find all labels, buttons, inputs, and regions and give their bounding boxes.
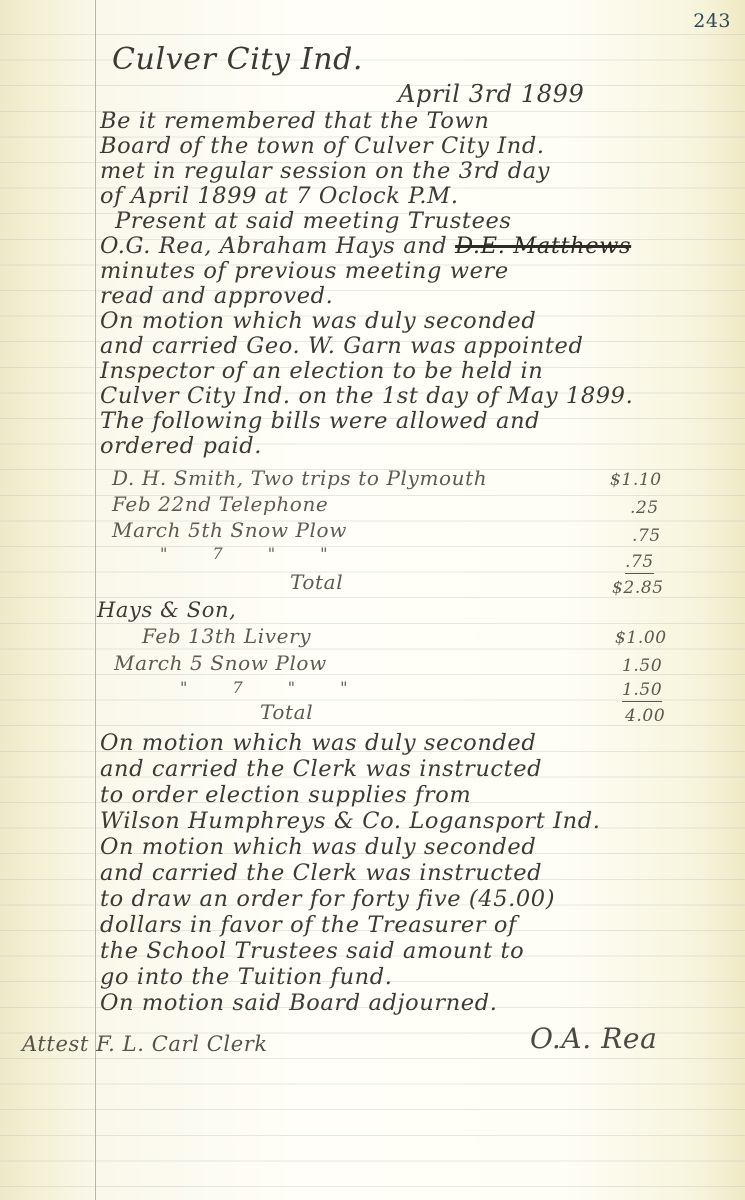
bill-total-label: Total	[260, 700, 313, 724]
text-line: Inspector of an election to be held in	[100, 358, 543, 384]
text-line: to order election supplies from	[100, 782, 471, 808]
text-line: On motion which was duly seconded	[100, 834, 536, 860]
text-line: dollars in favor of the Treasurer of	[100, 912, 517, 938]
bill-item: D. H. Smith, Two trips to Plymouth	[112, 466, 487, 490]
text-line: Board of the town of Culver City Ind.	[100, 133, 545, 159]
bill-total: 4.00	[625, 706, 665, 726]
text-line: read and approved.	[100, 283, 333, 309]
text-line: The following bills were allowed and	[100, 408, 540, 434]
text-line: On motion said Board adjourned.	[100, 990, 497, 1016]
bill-amount: 1.50	[622, 680, 662, 702]
bill-amount: .75	[625, 552, 654, 574]
text-line: Present at said meeting Trustees	[115, 208, 512, 234]
bill-item: Feb 13th Livery	[142, 624, 311, 648]
text-line-present: O.G. Rea, Abraham Hays and D.E. Matthews	[100, 233, 631, 259]
heading-town: Culver City Ind.	[112, 42, 363, 77]
bill-amount: .25	[630, 498, 659, 518]
bill-total-label: Total	[290, 570, 343, 594]
text-line: go into the Tuition fund.	[100, 964, 393, 990]
text-line: On motion which was duly seconded	[100, 730, 536, 756]
page-number: 243	[693, 10, 731, 32]
text-line: and carried Geo. W. Garn was appointed	[100, 333, 583, 359]
text-line: Wilson Humphreys & Co. Logansport Ind.	[100, 808, 601, 834]
bill-amount: $1.10	[610, 470, 662, 490]
ledger-page: 243 Culver City Ind. April 3rd 1899 Be i…	[0, 0, 745, 1200]
attest-clerk: Attest F. L. Carl Clerk	[22, 1032, 268, 1056]
text-line: Be it remembered that the Town	[100, 108, 490, 134]
bill-item: March 5th Snow Plow	[112, 518, 347, 542]
text-line: Culver City Ind. on the 1st day of May 1…	[100, 383, 633, 409]
text-line: met in regular session on the 3rd day	[100, 158, 550, 184]
text-line: and carried the Clerk was instructed	[100, 756, 542, 782]
struck-out-name: D.E. Matthews	[455, 233, 631, 259]
text-line: of April 1899 at 7 Oclock P.M.	[100, 183, 459, 209]
text-line: On motion which was duly seconded	[100, 308, 536, 334]
present-names: O.G. Rea, Abraham Hays and	[100, 233, 447, 259]
text-line: to draw an order for forty five (45.00)	[100, 886, 555, 912]
meeting-date: April 3rd 1899	[398, 80, 584, 108]
bill-amount: 1.50	[622, 656, 662, 676]
bill-amount: .75	[632, 526, 661, 546]
bill-amount: $1.00	[615, 628, 667, 648]
bill-item-ditto: " 7 " "	[180, 678, 368, 697]
bill-item-ditto: " 7 " "	[160, 544, 348, 563]
text-line: the School Trustees said amount to	[100, 938, 524, 964]
text-line: and carried the Clerk was instructed	[100, 860, 542, 886]
text-line: minutes of previous meeting were	[100, 258, 509, 284]
bill-item: Feb 22nd Telephone	[112, 492, 328, 516]
bill-item: March 5 Snow Plow	[114, 651, 327, 675]
red-margin-line	[95, 0, 96, 1200]
signature: O.A. Rea	[530, 1022, 657, 1055]
bill-total: $2.85	[612, 578, 664, 598]
text-line: ordered paid.	[100, 433, 262, 459]
bill-payee: Hays & Son,	[97, 598, 236, 622]
